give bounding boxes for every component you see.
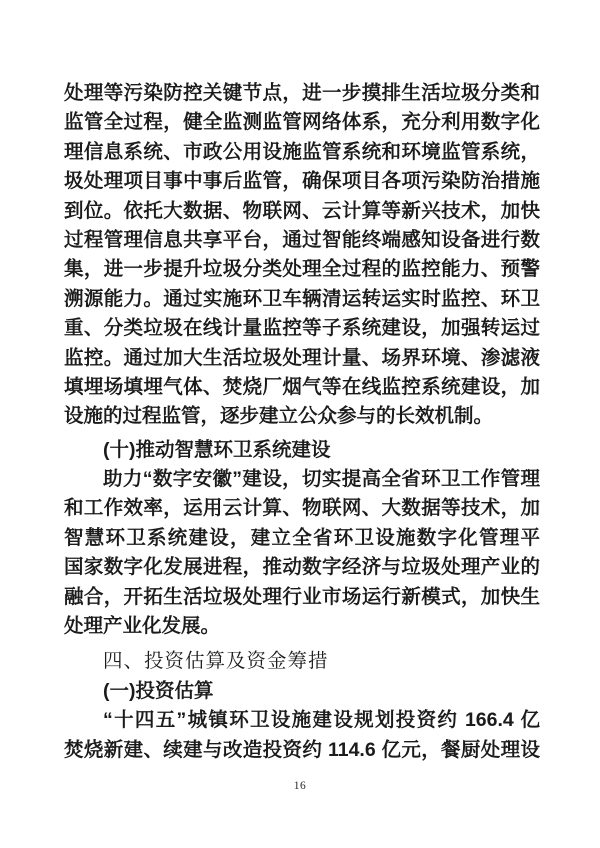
body-line: 到位。依托大数据、物联网、云计算等新兴技术，加快建设全 xyxy=(64,197,540,226)
body-line: “十四五”城镇环卫设施建设规划投资约 166.4 亿元。其中 xyxy=(64,706,540,735)
body-line: 集，进一步提升垃圾分类处理全过程的监控能力、预警能力、 xyxy=(64,255,540,284)
body-line: 重、分类垃圾在线计量监控等子系统建设，加强转运过程实时 xyxy=(64,314,540,343)
page-number: 16 xyxy=(0,780,600,792)
body-line: 处理等污染防控关键节点，进一步摸排生活垃圾分类和处理 xyxy=(64,79,540,108)
body-line: 国家数字化发展进程，推动数字经济与垃圾处理产业的深度 xyxy=(64,553,540,582)
body-line: 监管全过程，健全监测监管网络体系，充分利用数字化城市管 xyxy=(64,108,540,137)
body-line: 助力“数字安徽”建设，切实提高全省环卫工作管理水平 xyxy=(64,465,540,494)
chapter-heading: 四、投资估算及资金筹措 xyxy=(64,647,540,676)
body-line: 处理产业化发展。 xyxy=(64,612,540,641)
text-block: 处理等污染防控关键节点，进一步摸排生活垃圾分类和处理 监管全过程，健全监测监管网… xyxy=(64,79,540,765)
section-heading: (十)推动智慧环卫系统建设 xyxy=(64,436,540,465)
body-line: 溯源能力。通过实施环卫车辆清运转运实时监控、环卫智能称 xyxy=(64,285,540,314)
body-line: 焚烧新建、续建与改造投资约 114.6 亿元，餐厨处理设施新建 xyxy=(64,736,540,765)
body-line: 填埋场填埋气体、焚烧厂烟气等在线监控系统建设，加强处置 xyxy=(64,373,540,402)
body-line: 圾处理项目事中事后监管，确保项目各项污染防治措施落实 xyxy=(64,167,540,196)
body-line: 智慧环卫系统建设，建立全省环卫设施数字化管理平台。结合 xyxy=(64,524,540,553)
section-heading: (一)投资估算 xyxy=(64,677,540,706)
body-line: 理信息系统、市政公用设施监管系统和环境监管系统，强化垃 xyxy=(64,138,540,167)
body-line: 过程管理信息共享平台，通过智能终端感知设备进行数据采 xyxy=(64,226,540,255)
body-line: 融合，开拓生活垃圾处理行业市场运行新模式，加快生活垃圾 xyxy=(64,583,540,612)
document-page: 处理等污染防控关键节点，进一步摸排生活垃圾分类和处理 监管全过程，健全监测监管网… xyxy=(0,0,600,848)
body-line: 设施的过程监管，逐步建立公众参与的长效机制。 xyxy=(64,402,540,431)
body-line: 监控。通过加大生活垃圾处理计量、场界环境、渗滤液处理、 xyxy=(64,344,540,373)
body-line: 和工作效率，运用云计算、物联网、大数据等技术，加快全省 xyxy=(64,494,540,523)
